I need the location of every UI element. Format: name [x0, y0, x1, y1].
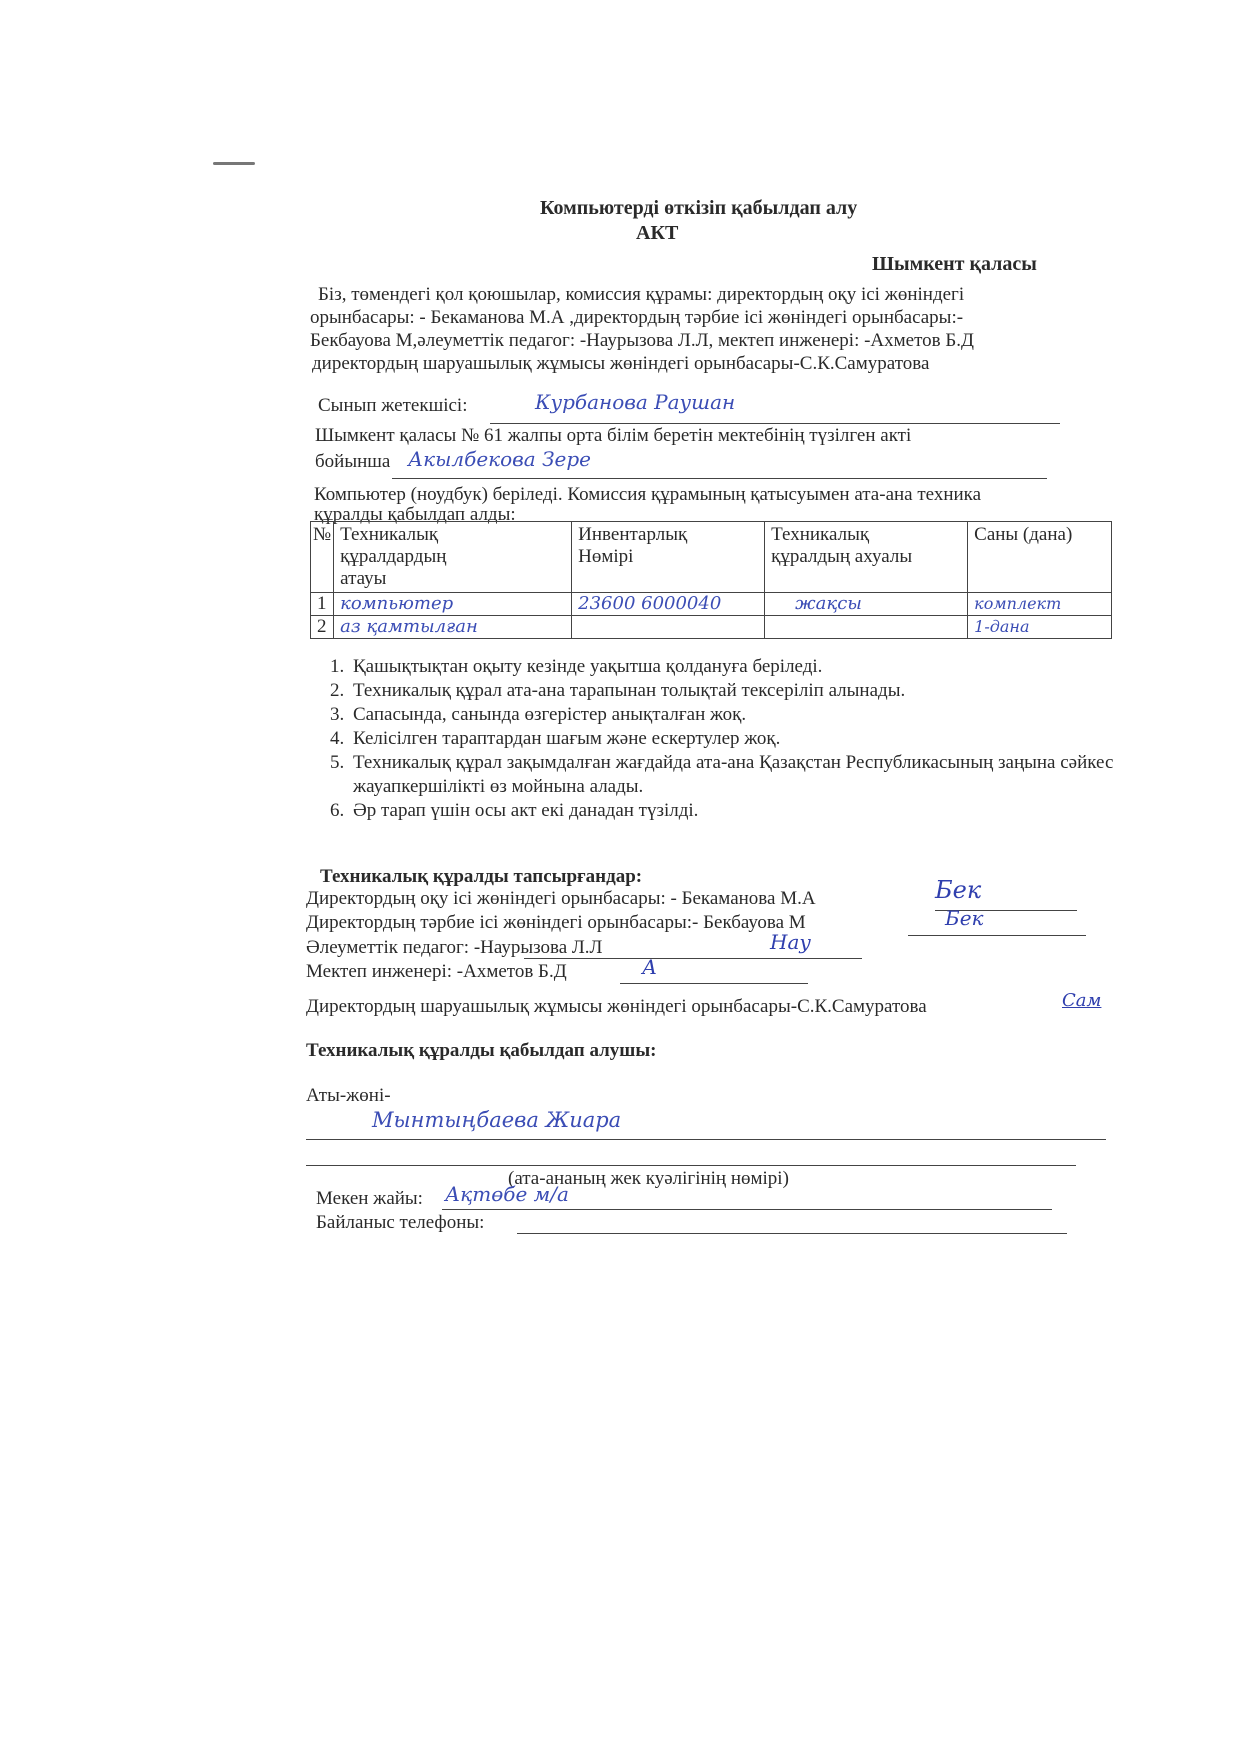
- cell-condition[interactable]: жақсы: [765, 593, 968, 616]
- class-teacher-label: Сынып жетекшісі:: [318, 395, 467, 417]
- table-row: 2 аз қамтылған 1-дана: [311, 616, 1112, 639]
- signer-label: Мектеп инженері: -Ахметов Б.Д: [306, 961, 567, 983]
- city-label: Шымкент қаласы: [872, 253, 1037, 275]
- signer-label: Директордың тәрбие ісі жөніндегі орынбас…: [306, 912, 806, 934]
- cell-quantity[interactable]: комплект: [968, 593, 1112, 616]
- receiver-address-underline: [442, 1209, 1052, 1210]
- cell-inventory[interactable]: 23600 6000040: [572, 593, 765, 616]
- signature-line: [620, 983, 808, 984]
- table-header-row: № Техникалық құралдардың атауы Инвентарл…: [311, 522, 1112, 593]
- cell-number: 2: [311, 616, 334, 639]
- column-header-inventory: Инвентарлық Нөмірі: [572, 522, 765, 593]
- signature-mark: Бек: [945, 906, 983, 930]
- cell-name[interactable]: компьютер: [334, 593, 572, 616]
- receiver-name-label: Аты-жөні-: [306, 1085, 391, 1107]
- list-item: Қашықтықтан оқыту кезінде уақытша қолдан…: [349, 655, 1149, 679]
- according-underline: [392, 478, 1047, 479]
- intro-line: орынбасары: - Бекаманова М.А ,директорды…: [310, 307, 963, 329]
- scan-artifact-mark: [213, 162, 255, 165]
- according-label: бойынша: [315, 451, 390, 473]
- signer-label: Директордың шаруашылық жұмысы жөніндегі …: [306, 996, 927, 1018]
- signature-mark: А: [642, 955, 657, 979]
- receiver-id-underline: [306, 1165, 1076, 1166]
- receiver-address-label: Мекен жайы:: [316, 1188, 423, 1210]
- intro-line: директордың шаруашылық жұмысы жөніндегі …: [312, 353, 929, 375]
- cell-condition[interactable]: [765, 616, 968, 639]
- class-teacher-value[interactable]: Куpбанова Раушан: [535, 390, 735, 414]
- signature-line: [908, 935, 1086, 936]
- document-title-act: АКТ: [636, 222, 678, 244]
- school-line: Шымкент қаласы № 61 жалпы орта білім бер…: [315, 425, 911, 447]
- signature-line: [524, 958, 862, 959]
- signature-mark: Нау: [770, 930, 811, 954]
- handed-over-heading: Техникалық құралды тапсырғандар:: [320, 866, 642, 888]
- conditions-list: Қашықтықтан оқыту кезінде уақытша қолдан…: [325, 655, 1149, 823]
- receiver-heading: Техникалық құралды қабылдап алушы:: [306, 1040, 656, 1062]
- column-header-condition: Техникалық құралдың ахуалы: [765, 522, 968, 593]
- receiver-phone-underline: [517, 1233, 1067, 1234]
- receiver-name-underline: [306, 1139, 1106, 1140]
- receiver-name-value[interactable]: Мынтыңбаева Жиара: [372, 1108, 621, 1132]
- class-teacher-underline: [490, 423, 1060, 424]
- cell-number: 1: [311, 593, 334, 616]
- column-header-name: Техникалық құралдардың атауы: [334, 522, 572, 593]
- according-value[interactable]: Акылбекова Зере: [408, 447, 591, 471]
- cell-name[interactable]: аз қамтылған: [334, 616, 572, 639]
- signer-label: Әлеуметтік педагог: -Наурызова Л.Л: [306, 937, 602, 959]
- table-row: 1 компьютер 23600 6000040 жақсы комплект: [311, 593, 1112, 616]
- signature-mark: Сам: [1062, 990, 1101, 1011]
- list-item: Әр тарап үшін осы акт екі данадан түзілд…: [349, 799, 1149, 823]
- receiver-phone-label: Байланыс телефоны:: [316, 1212, 484, 1234]
- receiver-address-value[interactable]: Ақтөбе м/а: [445, 1182, 569, 1206]
- document-title: Компьютерді өткізіп қабылдап алу: [540, 197, 857, 219]
- cell-quantity[interactable]: 1-дана: [968, 616, 1112, 639]
- list-item: Келісілген тараптардан шағым және ескерт…: [349, 727, 1149, 751]
- list-item: Техникалық құрал ата-ана тарапынан толық…: [349, 679, 1149, 703]
- intro-line: Бекбауова М,әлеуметтік педагог: -Наурызо…: [310, 330, 974, 352]
- list-item: Техникалық құрал зақымдалған жағдайда ат…: [349, 751, 1123, 799]
- intro-line: Біз, төмендегі қол қоюшылар, комиссия құ…: [318, 284, 964, 306]
- cell-inventory[interactable]: [572, 616, 765, 639]
- transfer-line: Компьютер (ноудбук) беріледі. Комиссия қ…: [314, 484, 981, 506]
- signer-label: Директордың оқу ісі жөніндегі орынбасары…: [306, 888, 816, 910]
- signature-mark: Бек: [935, 876, 981, 904]
- column-header-number: №: [311, 522, 334, 593]
- column-header-quantity: Саны (дана): [968, 522, 1112, 593]
- equipment-table: № Техникалық құралдардың атауы Инвентарл…: [310, 521, 1112, 639]
- list-item: Сапасында, санында өзгерістер анықталған…: [349, 703, 1149, 727]
